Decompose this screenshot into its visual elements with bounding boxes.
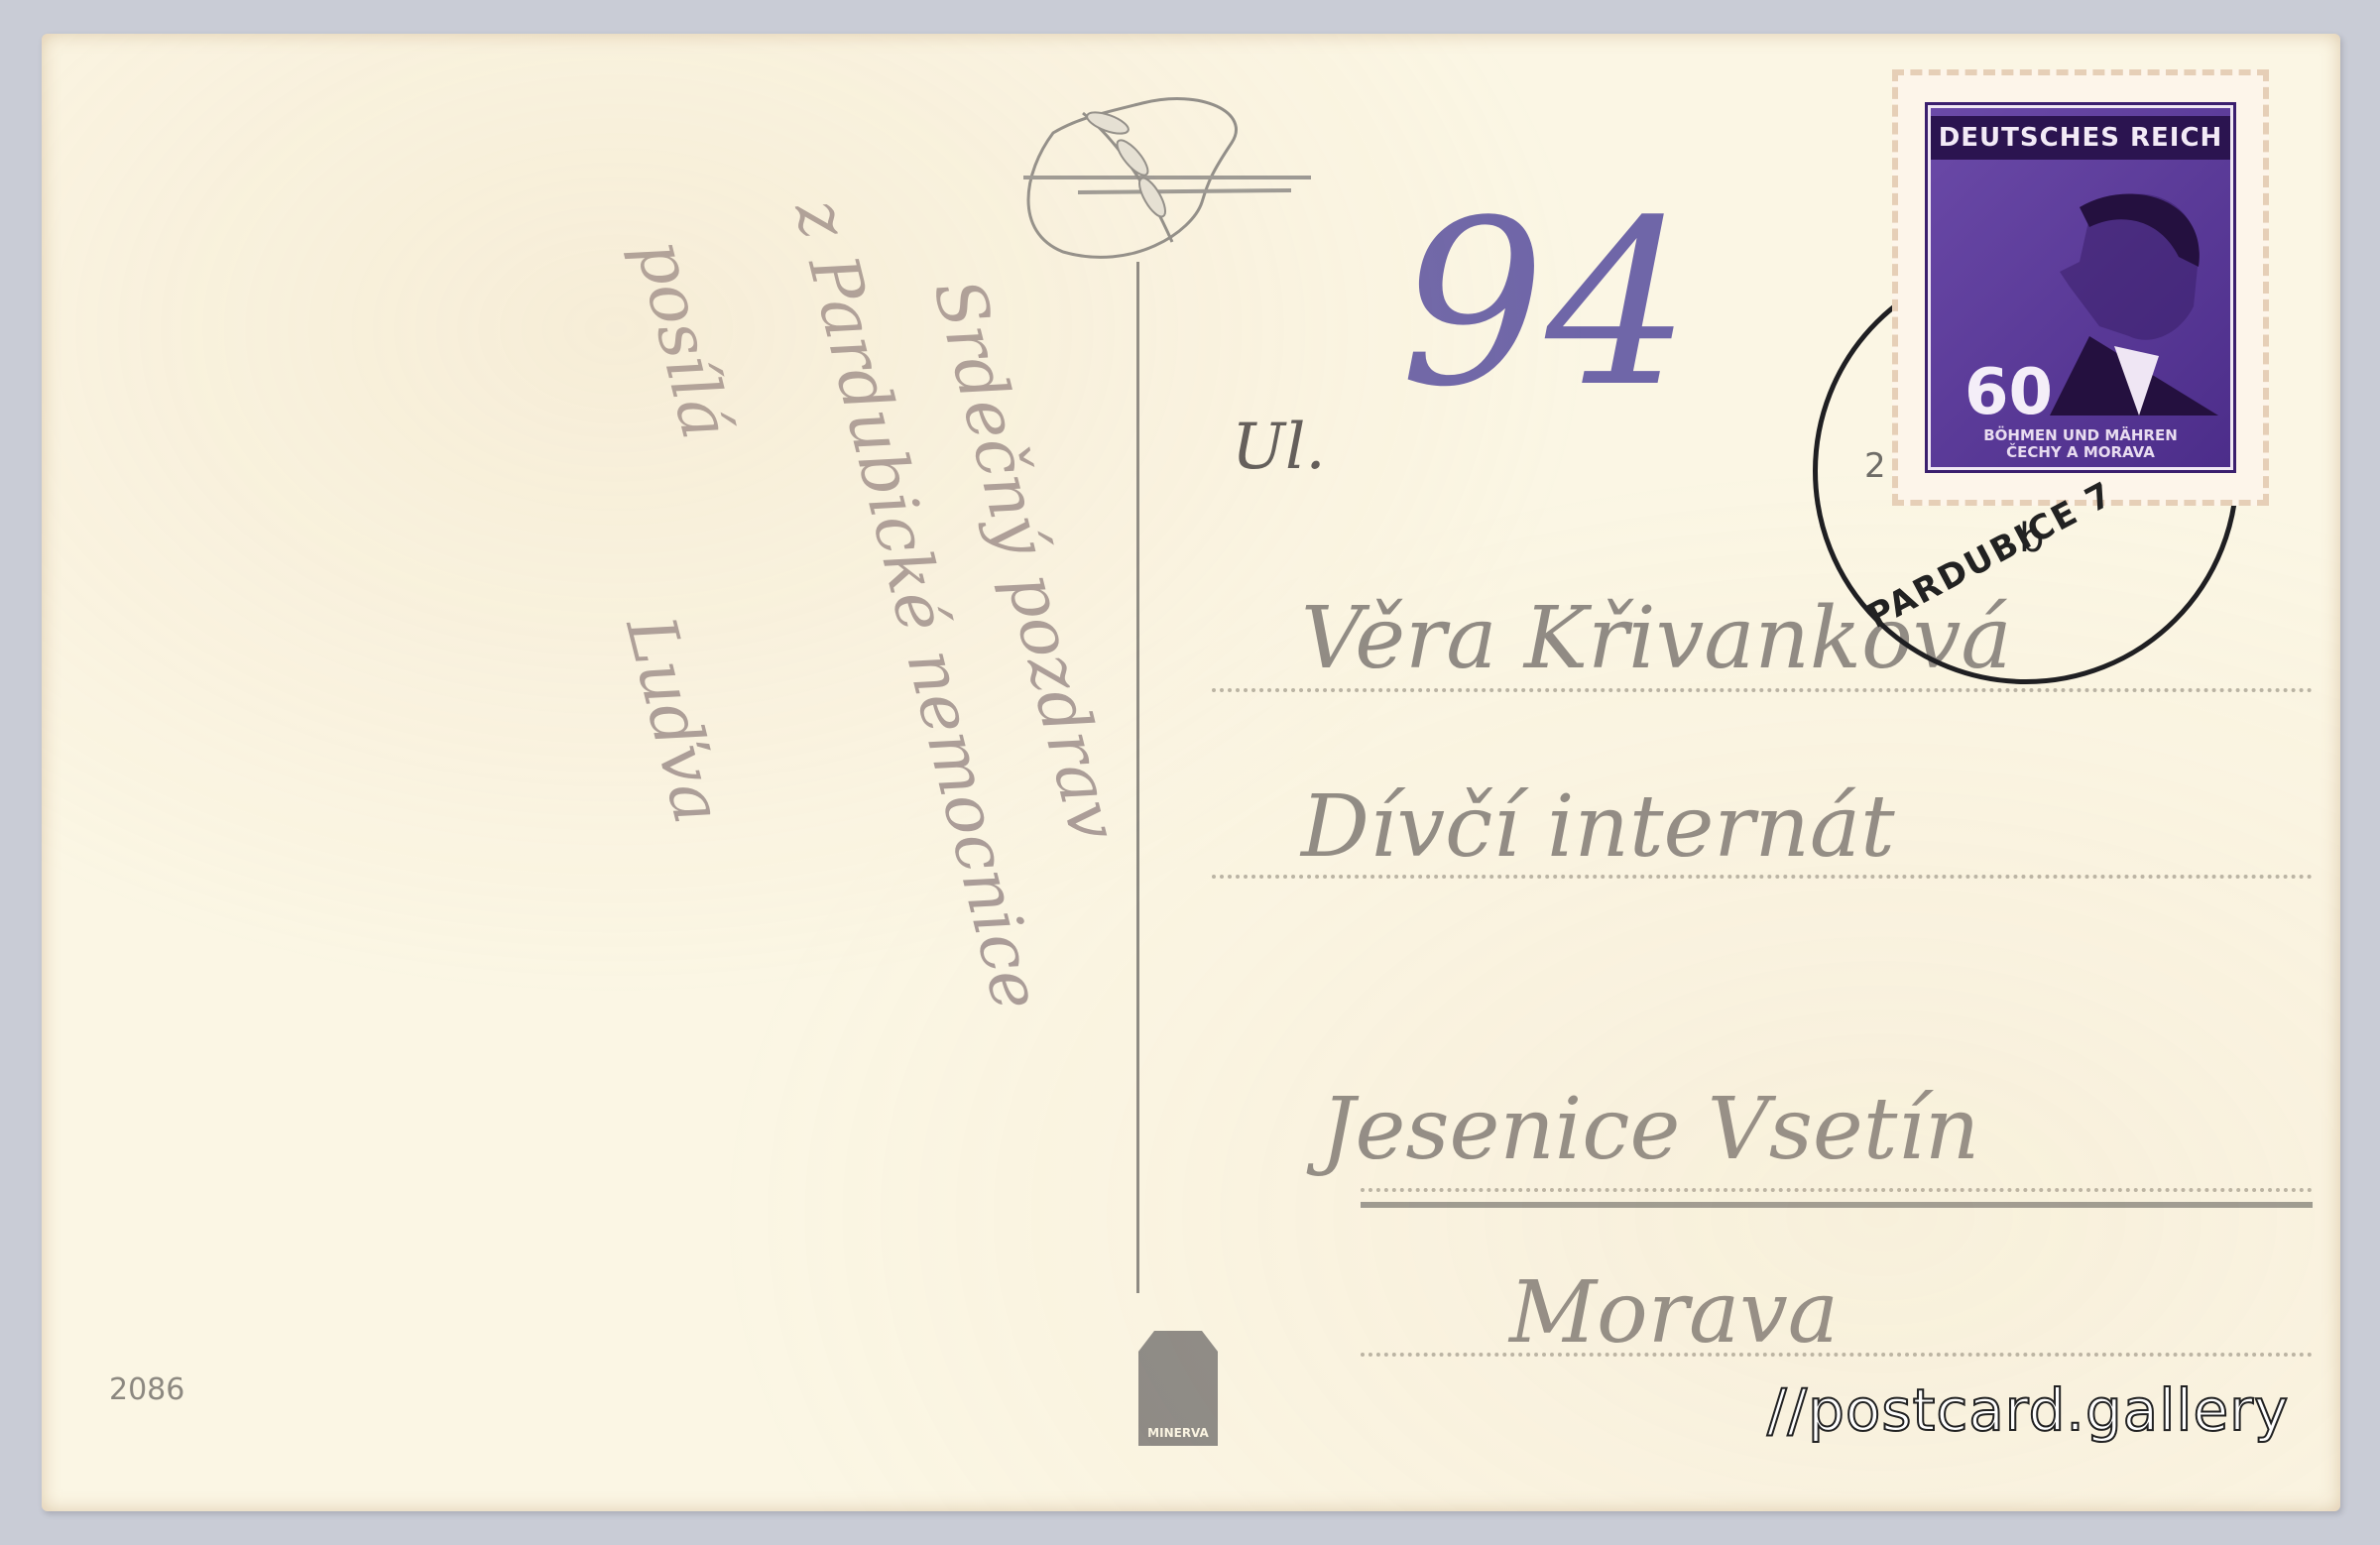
publisher-logo: MINERVA — [1138, 1331, 1218, 1446]
postage-stamp: DEUTSCHES REICH 60 BÖHMEN UND MÄHREN ČEC… — [1892, 69, 2269, 506]
stamp-header: DEUTSCHES REICH — [1931, 116, 2230, 160]
recipient-institution: Dívčí internát — [1301, 777, 1895, 877]
palette-with-laurel-icon — [984, 83, 1341, 282]
address-line-4 — [1361, 1353, 2313, 1357]
recipient-region: Morava — [1509, 1263, 1839, 1363]
message-signature: Luďva — [610, 609, 737, 831]
portrait-icon — [2030, 178, 2218, 416]
address-line-1 — [1212, 688, 2313, 692]
watermark: //postcard.gallery — [1767, 1376, 2289, 1444]
recipient-town: Jesenice Vsetín — [1321, 1080, 1979, 1179]
serial-number: 2086 — [109, 1372, 184, 1407]
address-line-2 — [1212, 875, 2313, 879]
address-underline-solid — [1361, 1202, 2313, 1208]
stamp-footer: BÖHMEN UND MÄHREN ČECHY A MORAVA — [1931, 427, 2230, 461]
annotation-number: 94 — [1400, 173, 1691, 437]
street-prefix: Ul. — [1232, 411, 1326, 484]
stamp-footer-line-2: ČECHY A MORAVA — [1931, 444, 2230, 461]
message-line-3: posílá — [620, 232, 745, 446]
stamp-value: 60 — [1964, 356, 2053, 429]
center-divider — [1136, 262, 1139, 1293]
stamp-footer-line-1: BÖHMEN UND MÄHREN — [1931, 427, 2230, 444]
address-line-3 — [1361, 1188, 2313, 1192]
publisher-logo-text: MINERVA — [1138, 1426, 1218, 1440]
